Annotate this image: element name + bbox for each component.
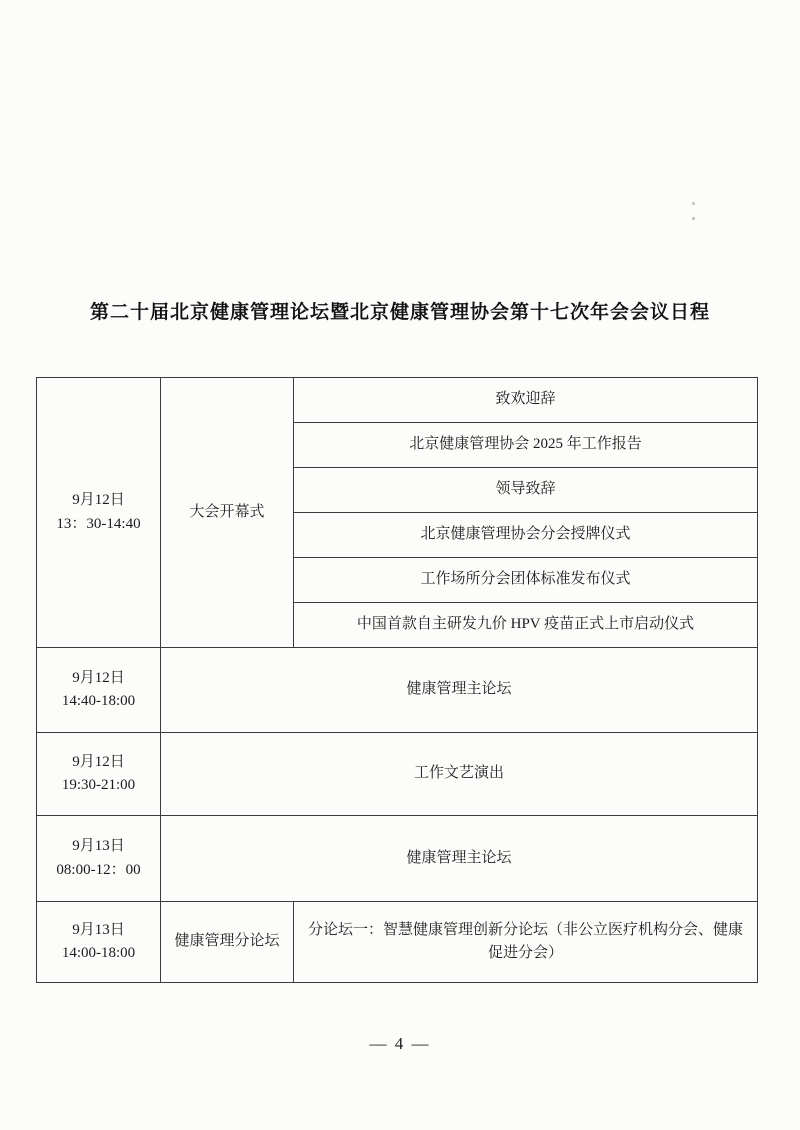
row-time: 19:30-21:00 [47,774,150,797]
agenda-row: 9月13日 08:00-12：00 健康管理主论坛 [37,816,758,902]
agenda-table: 9月12日 13：30-14:40 大会开幕式 致欢迎辞 北京健康管理协会 20… [36,377,758,983]
datetime-cell: 9月13日 14:00-18:00 [37,902,161,983]
document-page: 第二十届北京健康管理论坛暨北京健康管理协会第十七次年会会议日程 9月12日 13… [0,0,800,1130]
opening-datetime-cell: 9月12日 13：30-14:40 [37,378,161,648]
opening-item-cell: 北京健康管理协会分会授牌仪式 [294,513,758,558]
datetime-cell: 9月12日 19:30-21:00 [37,733,161,816]
datetime-cell: 9月13日 08:00-12：00 [37,816,161,902]
row-date: 9月13日 [47,835,150,858]
row-time: 14:00-18:00 [47,942,150,965]
row-date: 9月12日 [47,667,150,690]
row-time: 14:40-18:00 [47,690,150,713]
row-date: 9月13日 [47,919,150,942]
agenda-row-continued: 9月13日 14:00-18:00 健康管理分论坛 分论坛一：智慧健康管理创新分… [37,902,758,983]
page-title: 第二十届北京健康管理论坛暨北京健康管理协会第十七次年会会议日程 [0,297,800,324]
opening-item-cell: 中国首款自主研发九价 HPV 疫苗正式上市启动仪式 [294,603,758,648]
row-time: 08:00-12：00 [47,859,150,882]
page-number: — 4 — [0,1034,800,1054]
content-cell: 分论坛一：智慧健康管理创新分论坛（非公立医疗机构分会、健康促进分会） [294,902,758,983]
agenda-row: 9月12日 19:30-21:00 工作文艺演出 [37,733,758,816]
row-date: 9月12日 [47,751,150,774]
opening-item-cell: 领导致辞 [294,468,758,513]
session-cell: 健康管理分论坛 [161,902,294,983]
opening-item-cell: 致欢迎辞 [294,378,758,423]
opening-date: 9月12日 [47,489,150,512]
datetime-cell: 9月12日 14:40-18:00 [37,648,161,733]
content-cell: 健康管理主论坛 [161,648,758,733]
opening-item-cell: 北京健康管理协会 2025 年工作报告 [294,423,758,468]
opening-item-cell: 工作场所分会团体标准发布仪式 [294,558,758,603]
content-cell: 工作文艺演出 [161,733,758,816]
opening-time: 13：30-14:40 [47,513,150,536]
agenda-row: 9月12日 14:40-18:00 健康管理主论坛 [37,648,758,733]
content-cell: 健康管理主论坛 [161,816,758,902]
opening-session-cell: 大会开幕式 [161,378,294,648]
opening-row: 9月12日 13：30-14:40 大会开幕式 致欢迎辞 [37,378,758,423]
scan-noise-mark [692,202,695,220]
